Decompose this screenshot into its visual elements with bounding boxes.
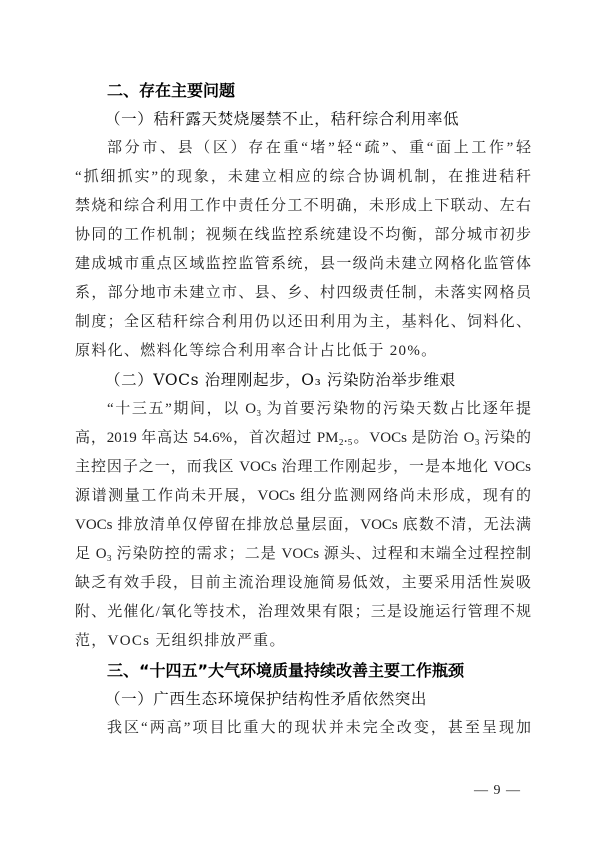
section-heading: 二、存在主要问题 [75, 76, 531, 105]
paragraph-line: 源谱测量工作尚未开展，VOCs 组分监测网络尚未形成，现有的 [75, 482, 531, 511]
document-page: 二、存在主要问题 （一）秸秆露天焚烧屡禁不止，秸秆综合利用率低 部分市、县（区）… [75, 76, 531, 743]
subsection-title: （二）VOCs 治理刚起步，O₃ 污染防治举步维艰 [75, 366, 531, 395]
paragraph-line: 足 O₃ 污染防控的需求；二是 VOCs 源头、过程和末端全过程控制 [75, 540, 531, 569]
paragraph-line: 附、光催化/氧化等技术，治理效果有限；三是设施运行管理不规 [75, 598, 531, 627]
section-heading: 三、“十四五”大气环境质量持续改善主要工作瓶颈 [75, 656, 531, 685]
paragraph-line: 高，2019 年高达 54.6%，首次超过 PM₂.₅。VOCs 是防治 O₃ … [75, 424, 531, 453]
paragraph-line: 部分市、县（区）存在重“堵”轻“疏”、重“面上工作”轻 [75, 134, 531, 163]
subsection-title: （一）广西生态环境保护结构性矛盾依然突出 [75, 685, 531, 714]
paragraph-line: 建成城市重点区域监控监管系统，县一级尚未建立网格化监管体 [75, 250, 531, 279]
paragraph-line: 我区“两高”项目比重大的现状并未完全改变，甚至呈现加 [75, 714, 531, 743]
paragraph-line: 缺乏有效手段，目前主流治理设施简易低效，主要采用活性炭吸 [75, 569, 531, 598]
paragraph-line: 制度；全区秸秆综合利用仍以还田利用为主，基料化、饲料化、 [75, 308, 531, 337]
paragraph-line: 协同的工作机制；视频在线监控系统建设不均衡，部分城市初步 [75, 221, 531, 250]
paragraph-line-last: 原料化、燃料化等综合利用率合计占比低于 20%。 [75, 337, 531, 366]
page-number: — 9 — [474, 783, 521, 799]
paragraph-line: “抓细抓实”的现象，未建立相应的综合协调机制，在推进秸秆 [75, 163, 531, 192]
subsection-title: （一）秸秆露天焚烧屡禁不止，秸秆综合利用率低 [75, 105, 531, 134]
paragraph-line: 主控因子之一，而我区 VOCs 治理工作刚起步，一是本地化 VOCs [75, 453, 531, 482]
paragraph-line: 禁烧和综合利用工作中责任分工不明确，未形成上下联动、左右 [75, 192, 531, 221]
paragraph-line-last: 范，VOCs 无组织排放严重。 [75, 627, 531, 656]
paragraph-line: VOCs 排放清单仅停留在排放总量层面，VOCs 底数不清，无法满 [75, 511, 531, 540]
paragraph-line: 系，部分地市未建立市、县、乡、村四级责任制，未落实网格员 [75, 279, 531, 308]
paragraph-line: “十三五”期间，以 O₃ 为首要污染物的污染天数占比逐年提 [75, 395, 531, 424]
